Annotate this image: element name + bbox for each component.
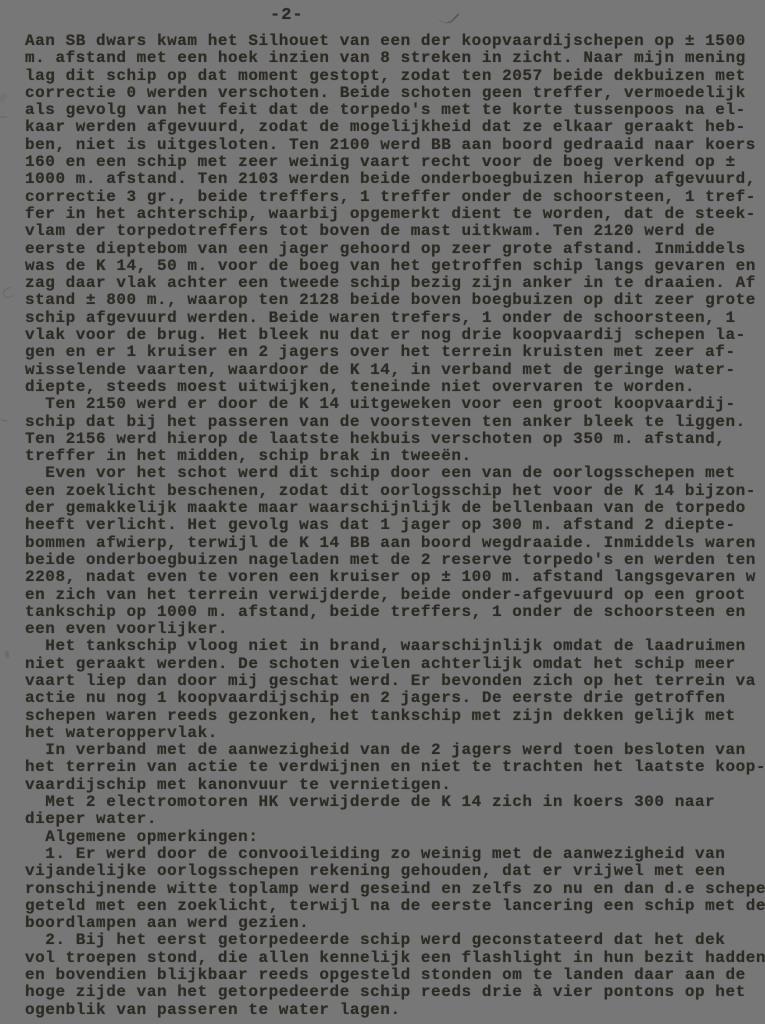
scan-artifact: [2, 287, 15, 300]
text-line: en bovendien blijkbaar reeds opgesteld s…: [25, 967, 765, 984]
text-line: Aan SB dwars kwam het Silhouet van een d…: [25, 33, 765, 50]
text-line: heeft verlicht. Het gevolg was dat 1 jag…: [25, 517, 765, 534]
text-line: Algemene opmerkingen:: [25, 829, 765, 846]
text-line: vol troepen stond, die allen kennelijk e…: [25, 950, 765, 967]
text-line: vaardijschip met kanonvuur te vernietige…: [25, 777, 765, 794]
text-line: Het tankschip vloog niet in brand, waars…: [25, 638, 765, 655]
text-line: Met 2 electromotoren HK verwijderde de K…: [25, 794, 765, 811]
scan-artifact: [0, 92, 8, 104]
text-line: m. afstand met een hoek inzien van 8 str…: [25, 50, 765, 67]
text-line: niet geraakt werden. De schoten vielen a…: [25, 656, 765, 673]
text-line: als gevolg van het feit dat de torpedo's…: [25, 102, 765, 119]
text-line: 1. Er werd door de convooileiding zo wei…: [25, 846, 765, 863]
text-line: 160 en een schip met zeer weinig vaart r…: [25, 154, 765, 171]
text-line: ronschijnende witte toplamp werd geseind…: [25, 881, 765, 898]
text-line: actie nu nog 1 koopvaardijschip en 2 jag…: [25, 690, 765, 707]
text-line: Even vor het schot werd dit schip door e…: [25, 465, 765, 482]
text-line: schip dat bij het passeren van de voorst…: [25, 414, 765, 431]
text-line: vlam der torpedotreffers tot boven de ma…: [25, 223, 765, 240]
text-line: dieper water.: [25, 811, 765, 828]
text-line: schepen waren reeds gezonken, het tanksc…: [25, 708, 765, 725]
text-line: 2208, nadat even te voren een kruiser op…: [25, 569, 765, 586]
text-line: zag daar vlak achter een tweede schip be…: [25, 275, 765, 292]
text-line: gen en er 1 kruiser en 2 jagers over het…: [25, 344, 765, 361]
scan-artifact: [0, 116, 7, 118]
text-line: Ten 2156 werd hierop de laatste hekbuis …: [25, 431, 765, 448]
text-line: vaart liep dan door mij geschat werd. Er…: [25, 673, 765, 690]
text-line: bommen afwierp, terwijl de K 14 BB aan b…: [25, 535, 765, 552]
text-line: fer in het achterschip, waarbij opgemerk…: [25, 206, 765, 223]
text-line: kaar werden afgevuurd, zodat de mogelijk…: [25, 119, 765, 136]
text-line: lag dit schip op dat moment gestopt, zod…: [25, 68, 765, 85]
text-line: ben, niet is uitgesloten. Ten 2100 werd …: [25, 137, 765, 154]
document-page: -2- Aan SB dwars kwam het Silhouet van e…: [0, 0, 765, 1024]
text-line: boordlampen aan werd gezien.: [25, 915, 765, 932]
text-line: vijandelijke oorlogsschepen rekening geh…: [25, 863, 765, 880]
text-line: beide onderboegbuizen nageladen met de 2…: [25, 552, 765, 569]
text-line: ogenblik van passeren te water lagen.: [25, 1002, 765, 1019]
text-line: schip afgevuurd werden. Beide waren tref…: [25, 310, 765, 327]
text-line: wisselende vaarten, waardoor de K 14, in…: [25, 362, 765, 379]
text-line: Ten 2150 werd er door de K 14 uitgeweken…: [25, 396, 765, 413]
text-line: het terrein van actie te verdwijnen en n…: [25, 759, 765, 776]
text-line: en zich van het terrein verwijderde, bei…: [25, 587, 765, 604]
text-line: correctie 3 gr., beide treffers, 1 treff…: [25, 189, 765, 206]
text-line: eerste dieptebom van een jager gehoord o…: [25, 241, 765, 258]
text-line: correctie 0 werden verschoten. Beide sch…: [25, 85, 765, 102]
text-line: een even voorlijker.: [25, 621, 765, 638]
text-line: een zoeklicht beschenen, zodat dit oorlo…: [25, 483, 765, 500]
page-number: -2-: [270, 6, 304, 25]
text-line: 2. Bij het eerst getorpedeerde schip wer…: [25, 932, 765, 949]
text-line: diepte, steeds moest uitwijken, teneinde…: [25, 379, 765, 396]
scan-artifact: [0, 413, 9, 422]
scan-artifact: [4, 651, 10, 659]
text-line: het wateroppervlak.: [25, 725, 765, 742]
text-line: was de K 14, 50 m. voor de boeg van het …: [25, 258, 765, 275]
text-line: stand ± 800 m., waarop ten 2128 beide bo…: [25, 292, 765, 309]
text-line: hoge zijde van het getorpedeerde schip r…: [25, 984, 765, 1001]
body-lines: Aan SB dwars kwam het Silhouet van een d…: [25, 33, 765, 1019]
text-line: 1000 m. afstand. Ten 2103 werden beide o…: [25, 171, 765, 188]
text-line: treffer in het midden, schip brak in twe…: [25, 448, 765, 465]
text-line: geteld met een zoeklicht, terwijl na de …: [25, 898, 765, 915]
text-line: tankschip op 1000 m. afstand, beide tref…: [25, 604, 765, 621]
text-line: der gemakkelijk maakte maar waarschijnli…: [25, 500, 765, 517]
text-line: In verband met de aanwezigheid van de 2 …: [25, 742, 765, 759]
text-line: vlak voor de brug. Het bleek nu dat er n…: [25, 327, 765, 344]
scan-artifact: [438, 9, 460, 26]
